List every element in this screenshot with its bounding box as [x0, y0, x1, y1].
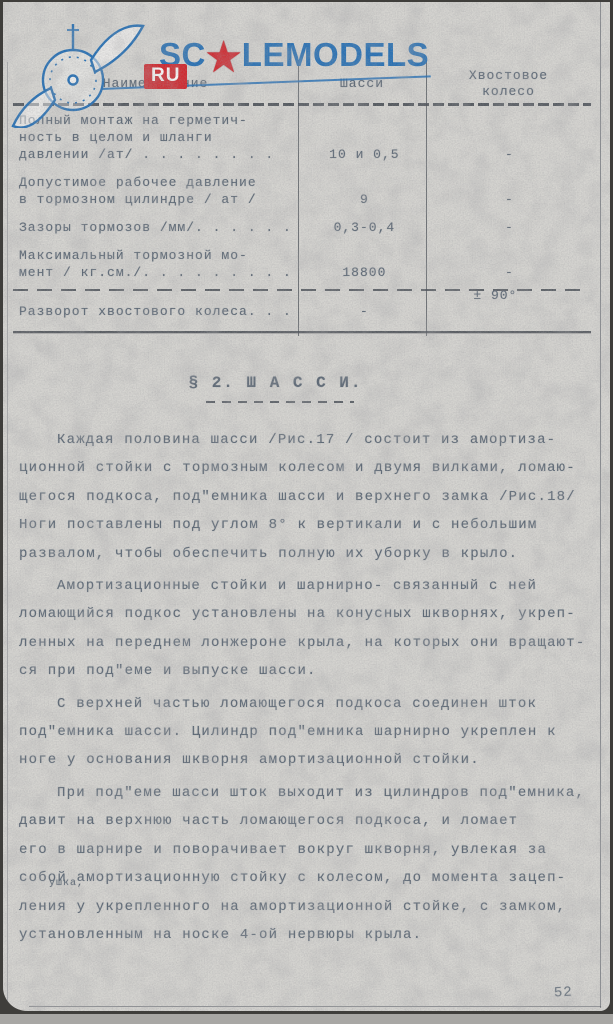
- text-line: развалом, чтобы обеспечить полную их убо…: [19, 540, 601, 568]
- scanner-bed-strip: [0, 1014, 613, 1024]
- text-line: ломающийся подкос установлены на конусны…: [19, 600, 601, 628]
- tailwheel-value: ± 90°: [414, 287, 577, 304]
- table-row: Разворот хвостового колеса. . .-± 90°: [13, 303, 591, 320]
- table-bottom-rule: [13, 331, 591, 333]
- page-number: 52: [554, 985, 574, 1002]
- chassis-value: 10 и 0,5: [301, 146, 428, 163]
- section-heading: § 2. Ш А С С И.: [3, 374, 548, 392]
- section-heading-underline: [206, 401, 354, 403]
- paragraph: С верхней частью ломающегося подкоса сое…: [19, 690, 601, 775]
- text-line: С верхней частью ломающегося подкоса сое…: [19, 690, 601, 718]
- star-icon: ★: [204, 33, 244, 82]
- row-label-line: Зазоры тормозов /мм/. . . . . .: [19, 219, 301, 236]
- paragraph: При под"еме шасси шток выходит из цилинд…: [19, 779, 601, 949]
- text-line: ленных на переднем лонжероне крыла, на к…: [19, 629, 601, 657]
- row-label-line: давлении /ат/ . . . . . . . .: [19, 146, 301, 163]
- tailwheel-value: -: [428, 264, 591, 281]
- text-line: щегося подкоса, под"емника шасси и верхн…: [19, 483, 601, 511]
- row-label-line: Допустимое рабочее давление: [19, 174, 301, 191]
- paragraph: Амортизационные стойки и шарнирно- связа…: [19, 572, 601, 686]
- column-header-tailwheel: Хвостовое колесо: [426, 68, 591, 100]
- table-row: Максимальный тормозной мо-мент / кг.см./…: [13, 247, 591, 281]
- row-label-line: мент / кг.см./. . . . . . . . .: [19, 264, 301, 281]
- text-line: его в шарнире и поворачивает вокруг шкво…: [19, 836, 601, 864]
- row-label: Максимальный тормозной мо-мент / кг.см./…: [13, 247, 301, 281]
- text-line: давит на верхнюю часть ломающегося подко…: [19, 807, 601, 835]
- page-frame-left: [7, 62, 8, 1006]
- text-line: ления у укрепленного на амортизационной …: [19, 893, 601, 921]
- table-row: Зазоры тормозов /мм/. . . . . .0,3-0,4-: [13, 219, 591, 236]
- row-label-line: в тормозном цилиндре / ат /: [19, 191, 301, 208]
- scanned-page: Наименование Шасси Хвостовое колесо Полн…: [0, 0, 613, 1024]
- text-line: Ноги поставлены под углом 8° к вертикали…: [19, 511, 601, 539]
- text-line: Амортизационные стойки и шарнирно- связа…: [19, 572, 601, 600]
- ru-domain-badge: RU: [144, 64, 187, 89]
- chassis-value: -: [301, 303, 428, 320]
- brand-wordmark: SC★LEMODELS: [159, 32, 429, 83]
- inserted-correction: ушка,: [49, 878, 84, 889]
- text-line: Каждая половина шасси /Рис.17 / состоит …: [19, 426, 601, 454]
- tailwheel-value: -: [428, 146, 591, 163]
- text-line: При под"еме шасси шток выходит из цилинд…: [19, 779, 601, 807]
- body-text: Каждая половина шасси /Рис.17 / состоит …: [19, 426, 601, 953]
- page-frame-bottom: [29, 1006, 601, 1007]
- tailwheel-value: -: [428, 219, 591, 236]
- row-label: Зазоры тормозов /мм/. . . . . .: [13, 219, 301, 236]
- row-label: Допустимое рабочее давлениев тормозном ц…: [13, 174, 301, 208]
- text-line: под"емника шасси. Цилиндр под"емника шар…: [19, 718, 601, 746]
- scalemodels-watermark: SC★LEMODELS RU: [9, 12, 449, 127]
- spec-table-rows: Полный монтаж на герметич-ность в целом …: [13, 106, 591, 320]
- document-paper: Наименование Шасси Хвостовое колесо Полн…: [3, 2, 610, 1011]
- chassis-value: 18800: [301, 264, 428, 281]
- row-label-line: Разворот хвостового колеса. . .: [19, 303, 301, 320]
- tailwheel-value: -: [428, 191, 591, 208]
- propeller-icon: [11, 16, 161, 128]
- row-label: Разворот хвостового колеса. . .: [13, 303, 301, 320]
- text-line: ся при под"еме и выпуске шасси.: [19, 657, 601, 685]
- chassis-value: 9: [301, 191, 428, 208]
- text-line: собой амортизационную стойку с колесом, …: [19, 864, 601, 892]
- table-row: Допустимое рабочее давлениев тормозном ц…: [13, 174, 591, 208]
- row-label-line: ность в целом и шланги: [19, 129, 301, 146]
- paragraph: Каждая половина шасси /Рис.17 / состоит …: [19, 426, 601, 568]
- text-line: установленным на носке 4-ой нервюры крыл…: [19, 921, 601, 949]
- text-line: ционной стойки с тормозным колесом и дву…: [19, 454, 601, 482]
- chassis-value: 0,3-0,4: [301, 219, 428, 236]
- text-line: ноге у основания шкворня амортизационной…: [19, 746, 601, 774]
- row-label-line: Максимальный тормозной мо-: [19, 247, 301, 264]
